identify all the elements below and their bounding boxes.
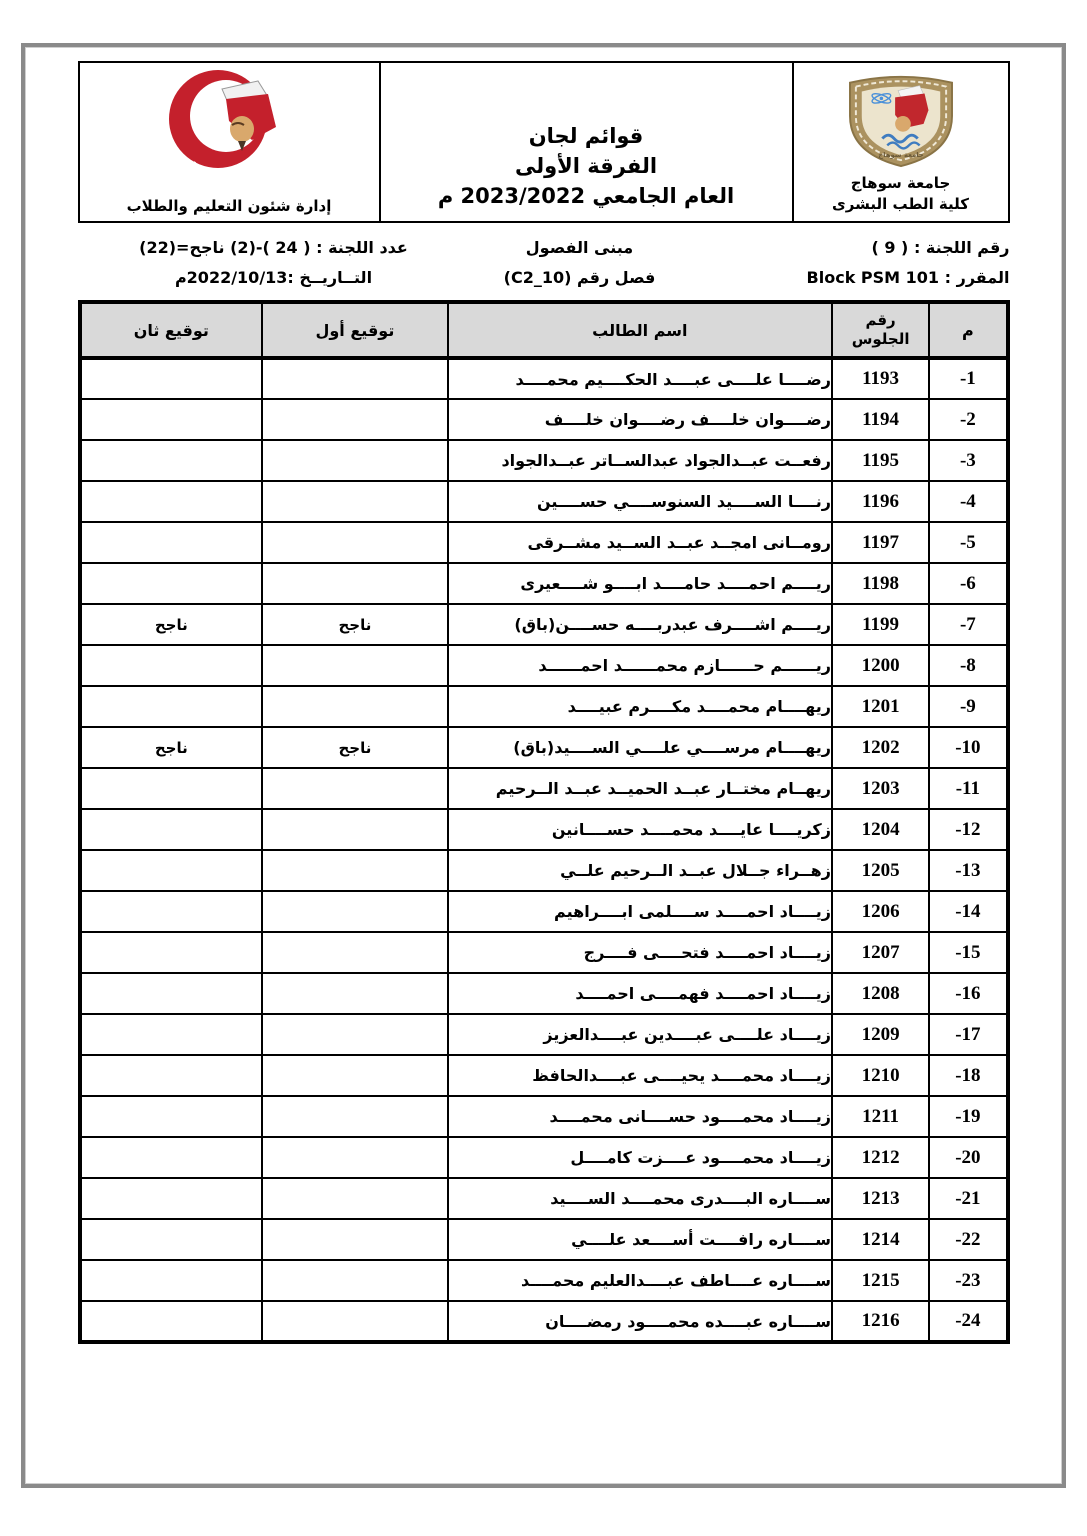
first-signature-cell [262, 973, 448, 1014]
svg-text:جامعة سوهاج: جامعة سوهاج [878, 151, 924, 159]
student-name: رنــــا الســــيد السنوســــي حســــين [448, 481, 832, 522]
row-number: -17 [929, 1014, 1007, 1055]
table-row: -5 1197 رومــانى امجــد عبــد الســيد مش… [80, 522, 1008, 563]
first-signature-cell [262, 399, 448, 440]
second-signature-cell [80, 809, 263, 850]
first-signature-cell [262, 1219, 448, 1260]
table-row: -24 1216 ســــاره عبــــده محمــــود رمض… [80, 1301, 1008, 1342]
row-number: -18 [929, 1055, 1007, 1096]
student-name: ســــاره عــــاطف عبــــدالعليم محمــــد [448, 1260, 832, 1301]
col-header-seat-number: رقم الجلوس [832, 302, 929, 358]
table-row: -16 1208 زيــــاد احمــــد فهمــــى احمـ… [80, 973, 1008, 1014]
row-number: -2 [929, 399, 1007, 440]
col-header-first-signature: توقيع أول [262, 302, 448, 358]
row-number: -22 [929, 1219, 1007, 1260]
row-number: -16 [929, 973, 1007, 1014]
student-name: ســــاره رافــــت أســــعد علــــي [448, 1219, 832, 1260]
seat-number: 1198 [832, 563, 929, 604]
second-signature-cell [80, 1260, 263, 1301]
first-signature-cell: ناجح [262, 604, 448, 645]
seat-number: 1199 [832, 604, 929, 645]
table-row: -10 1202 ريهــــام مرســــي علــــي السـ… [80, 727, 1008, 768]
document-header: جامعة سوهاج كلية الطب إدارة شئون التعليم… [78, 61, 1010, 223]
table-row: -1 1193 رضــــا علــــى عبــــد الحكــــ… [80, 358, 1008, 399]
table-row: -9 1201 ريهــــام محمــــد مكــــرم عبيـ… [80, 686, 1008, 727]
row-number: -4 [929, 481, 1007, 522]
first-signature-cell [262, 768, 448, 809]
sohag-medicine-crescent-logo-icon: جامعة سوهاج كلية الطب [126, 67, 332, 171]
table-header-row: م رقم الجلوس اسم الطالب توقيع أول توقيع … [80, 302, 1008, 358]
second-signature-cell [80, 1014, 263, 1055]
second-signature-cell [80, 1096, 263, 1137]
header-left-cell: جامعة سوهاج كلية الطب إدارة شئون التعليم… [80, 63, 381, 221]
second-signature-cell [80, 768, 263, 809]
row-number: -1 [929, 358, 1007, 399]
table-row: -19 1211 زيــــاد محمــــود حســــانى مح… [80, 1096, 1008, 1137]
student-name: ريــــم اشــــرف عبدربــــه حســــن(باق) [448, 604, 832, 645]
table-row: -4 1196 رنــــا الســــيد السنوســــي حس… [80, 481, 1008, 522]
student-name: زيــــاد احمــــد فتحــــى فــــرج [448, 932, 832, 973]
faculty-name: كلية الطب البشرى [794, 194, 1008, 215]
exam-date: التــاريــخ :2022/10/13م [78, 263, 470, 293]
header-title-cell: قوائم لجان الفرقة الأولى العام الجامعي 2… [381, 63, 792, 221]
committee-count: عدد اللجنة : ( 24 )-(2) ناجح=(22) [78, 233, 470, 263]
first-signature-cell [262, 686, 448, 727]
room-number: فصل رقم (C2_10) [470, 263, 690, 293]
second-signature-cell [80, 932, 263, 973]
first-signature-cell [262, 1055, 448, 1096]
seat-number: 1201 [832, 686, 929, 727]
first-signature-cell [262, 850, 448, 891]
seat-number: 1195 [832, 440, 929, 481]
department-label: إدارة شئون التعليم والطلاب [80, 197, 379, 215]
first-signature-cell [262, 440, 448, 481]
second-signature-cell [80, 686, 263, 727]
seat-number: 1204 [832, 809, 929, 850]
student-name: زيــــاد محمــــود حســــانى محمــــد [448, 1096, 832, 1137]
row-number: -24 [929, 1301, 1007, 1342]
table-row: -13 1205 زهــراء جــلال عبــد الــرحيم ع… [80, 850, 1008, 891]
first-signature-cell [262, 809, 448, 850]
row-number: -13 [929, 850, 1007, 891]
student-name: ســــاره البــــدرى محمــــد الســــيد [448, 1178, 832, 1219]
seat-number: 1200 [832, 645, 929, 686]
first-signature-cell [262, 1301, 448, 1342]
first-signature-cell [262, 891, 448, 932]
second-signature-cell: ناجح [80, 727, 263, 768]
second-signature-cell [80, 563, 263, 604]
second-signature-cell [80, 358, 263, 399]
seat-number: 1206 [832, 891, 929, 932]
row-number: -11 [929, 768, 1007, 809]
table-row: -20 1212 زيــــاد محمــــود عــــزت كامـ… [80, 1137, 1008, 1178]
student-name: رفعــت عبــدالجواد عبدالســاتر عبــدالجو… [448, 440, 832, 481]
second-signature-cell [80, 1137, 263, 1178]
seat-number: 1216 [832, 1301, 929, 1342]
second-signature-cell [80, 399, 263, 440]
second-signature-cell [80, 850, 263, 891]
table-row: -6 1198 ريــــم احمــــد حامــــد ابــــ… [80, 563, 1008, 604]
table-row: -7 1199 ريــــم اشــــرف عبدربــــه حســ… [80, 604, 1008, 645]
seat-number: 1203 [832, 768, 929, 809]
first-signature-cell [262, 358, 448, 399]
student-name: زيــــاد محمــــود عــــزت كامــــل [448, 1137, 832, 1178]
first-signature-cell [262, 1137, 448, 1178]
row-number: -19 [929, 1096, 1007, 1137]
row-number: -23 [929, 1260, 1007, 1301]
second-signature-cell [80, 645, 263, 686]
seat-number: 1215 [832, 1260, 929, 1301]
row-number: -14 [929, 891, 1007, 932]
student-name: ريــــــم حــــــازم محمــــــد احمـــــ… [448, 645, 832, 686]
document-page: جامعة سوهاج كلية الطب إدارة شئون التعليم… [0, 0, 1087, 1536]
seat-number: 1205 [832, 850, 929, 891]
university-name: جامعة سوهاج [794, 173, 1008, 194]
seat-number: 1207 [832, 932, 929, 973]
student-name: ريهــــام محمــــد مكــــرم عبيــــد [448, 686, 832, 727]
student-name: زكريــــا عايــــد محمــــد حســــانين [448, 809, 832, 850]
student-name: زيــــاد احمــــد فهمــــى احمــــد [448, 973, 832, 1014]
row-number: -12 [929, 809, 1007, 850]
table-row: -18 1210 زيــــاد محمــــد يحيــــى عبــ… [80, 1055, 1008, 1096]
page-border-frame: جامعة سوهاج كلية الطب إدارة شئون التعليم… [21, 43, 1066, 1488]
second-signature-cell [80, 891, 263, 932]
student-name: ســــاره عبــــده محمــــود رمضــــان [448, 1301, 832, 1342]
first-signature-cell [262, 932, 448, 973]
row-number: -8 [929, 645, 1007, 686]
student-name: زيــــاد محمــــد يحيــــى عبــــدالحافظ [448, 1055, 832, 1096]
second-signature-cell [80, 1055, 263, 1096]
student-name: زيــــاد احمــــد ســــلمى ابــــراهيم [448, 891, 832, 932]
seat-number: 1202 [832, 727, 929, 768]
table-row: -21 1213 ســــاره البــــدرى محمــــد ال… [80, 1178, 1008, 1219]
first-signature-cell [262, 1260, 448, 1301]
table-row: -12 1204 زكريــــا عايــــد محمــــد حسـ… [80, 809, 1008, 850]
seat-number: 1194 [832, 399, 929, 440]
second-signature-cell [80, 481, 263, 522]
row-number: -3 [929, 440, 1007, 481]
students-table: م رقم الجلوس اسم الطالب توقيع أول توقيع … [78, 300, 1010, 1344]
table-row: -3 1195 رفعــت عبــدالجواد عبدالســاتر ع… [80, 440, 1008, 481]
second-signature-cell: ناجح [80, 604, 263, 645]
first-signature-cell [262, 522, 448, 563]
row-number: -15 [929, 932, 1007, 973]
table-row: -8 1200 ريــــــم حــــــازم محمــــــد … [80, 645, 1008, 686]
col-header-second-signature: توقيع ثان [80, 302, 263, 358]
seat-number: 1213 [832, 1178, 929, 1219]
seat-number: 1210 [832, 1055, 929, 1096]
exam-info: رقم اللجنة : ( 9 ) مبنى الفصول عدد اللجن… [78, 233, 1010, 293]
table-row: -11 1203 ريهــام مختــار عبــد الحميــد … [80, 768, 1008, 809]
seat-number: 1193 [832, 358, 929, 399]
second-signature-cell [80, 440, 263, 481]
row-number: -6 [929, 563, 1007, 604]
student-name: زهــراء جــلال عبــد الــرحيم علــي [448, 850, 832, 891]
first-signature-cell [262, 1014, 448, 1055]
committee-number: رقم اللجنة : ( 9 ) [690, 233, 1010, 263]
seat-number: 1197 [832, 522, 929, 563]
sohag-university-shield-logo-icon: جامعة سوهاج [842, 67, 960, 169]
row-number: -21 [929, 1178, 1007, 1219]
second-signature-cell [80, 973, 263, 1014]
seat-number: 1196 [832, 481, 929, 522]
first-signature-cell [262, 1096, 448, 1137]
student-name: ريهــام مختــار عبــد الحميــد عبــد الـ… [448, 768, 832, 809]
student-name: رضــــوان خلــــف رضــــوان خلــــف [448, 399, 832, 440]
row-number: -7 [929, 604, 1007, 645]
row-number: -20 [929, 1137, 1007, 1178]
table-row: -23 1215 ســــاره عــــاطف عبــــدالعليم… [80, 1260, 1008, 1301]
title-line-1: قوائم لجان [529, 121, 644, 151]
second-signature-cell [80, 1301, 263, 1342]
col-header-student-name: اسم الطالب [448, 302, 832, 358]
student-name: زيــــاد علــــى عبــــدين عبــــدالعزيز [448, 1014, 832, 1055]
first-signature-cell [262, 645, 448, 686]
first-signature-cell [262, 481, 448, 522]
row-number: -9 [929, 686, 1007, 727]
second-signature-cell [80, 522, 263, 563]
students-table-body: -1 1193 رضــــا علــــى عبــــد الحكــــ… [80, 358, 1008, 1342]
building-name: مبنى الفصول [470, 233, 690, 263]
student-name: ريــــم احمــــد حامــــد ابــــو شــــع… [448, 563, 832, 604]
second-signature-cell [80, 1178, 263, 1219]
student-name: ريهــــام مرســــي علــــي الســــيد(باق… [448, 727, 832, 768]
seat-number: 1212 [832, 1137, 929, 1178]
first-signature-cell: ناجح [262, 727, 448, 768]
col-header-index: م [929, 302, 1007, 358]
header-right-cell: جامعة سوهاج جامعة سوهاج كلية الطب البشرى [792, 63, 1008, 221]
title-line-2: الفرقة الأولى [515, 151, 657, 181]
student-name: رضــــا علــــى عبــــد الحكــــيم محمــ… [448, 358, 832, 399]
student-name: رومــانى امجــد عبــد الســيد مشــرقى [448, 522, 832, 563]
seat-number: 1211 [832, 1096, 929, 1137]
row-number: -10 [929, 727, 1007, 768]
table-row: -2 1194 رضــــوان خلــــف رضــــوان خلــ… [80, 399, 1008, 440]
title-line-3: العام الجامعي 2023/2022 م [438, 181, 734, 211]
row-number: -5 [929, 522, 1007, 563]
table-row: -15 1207 زيــــاد احمــــد فتحــــى فـــ… [80, 932, 1008, 973]
seat-number: 1214 [832, 1219, 929, 1260]
seat-number: 1208 [832, 973, 929, 1014]
first-signature-cell [262, 1178, 448, 1219]
table-row: -22 1214 ســــاره رافــــت أســــعد علــ… [80, 1219, 1008, 1260]
course-name: المقرر : Block PSM 101 [690, 263, 1010, 293]
table-row: -14 1206 زيــــاد احمــــد ســــلمى ابــ… [80, 891, 1008, 932]
first-signature-cell [262, 563, 448, 604]
table-row: -17 1209 زيــــاد علــــى عبــــدين عبــ… [80, 1014, 1008, 1055]
seat-number: 1209 [832, 1014, 929, 1055]
second-signature-cell [80, 1219, 263, 1260]
